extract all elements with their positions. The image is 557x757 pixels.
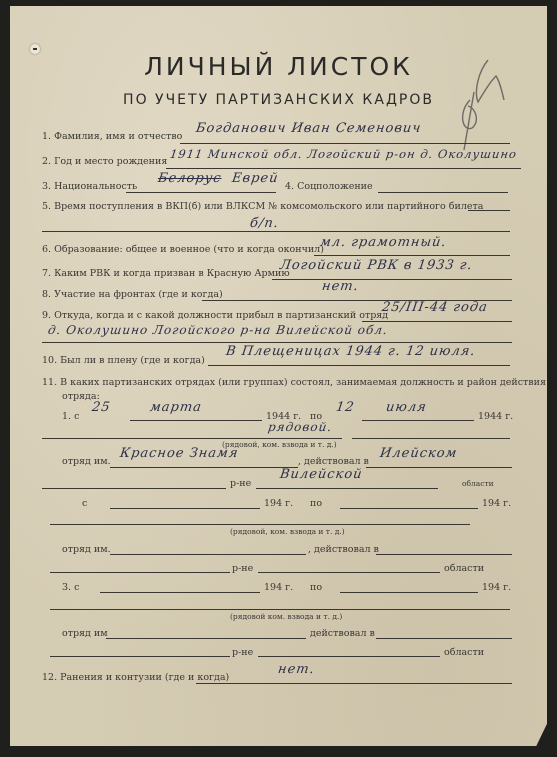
entry-3-rne-label: р-не — [232, 647, 253, 658]
field-10-value[interactable]: В Плещеницах 1944 г. 12 июля. — [225, 344, 477, 359]
field-5-value[interactable]: б/п. — [249, 216, 280, 231]
field-9-line-a — [362, 321, 512, 322]
field-8-value[interactable]: нет. — [321, 279, 360, 294]
field-3-struck-value: Белорус — [157, 171, 223, 186]
entry-3-oblast-line[interactable] — [258, 656, 440, 657]
field-3-value[interactable]: Еврей — [231, 171, 280, 186]
entry-2-oblast-label: области — [444, 563, 484, 574]
entry-1-position-line-2 — [352, 438, 510, 439]
entry-1-prefix: 1. с — [62, 411, 79, 422]
entry-2-dejstvoval-line[interactable] — [376, 554, 512, 555]
field-2-value[interactable]: 1911 Минской обл. Логойский р-он д. Окол… — [169, 147, 518, 161]
entry-1-month-to-line — [362, 420, 474, 421]
entry-3-prefix: 3. с — [62, 582, 79, 593]
entry-1-position[interactable]: рядовой. — [267, 420, 333, 434]
entry-1-oblast[interactable]: Вилейской — [279, 467, 364, 482]
field-7-value[interactable]: Логойский РВК в 1933 г. — [279, 258, 474, 273]
form-sheet: ЛИЧНЫЙ ЛИСТОК ПО УЧЕТУ ПАРТИЗАНСКИХ КАДР… — [10, 6, 547, 746]
entry-2-oblast-line[interactable] — [258, 572, 440, 573]
entry-2-date-to-line[interactable] — [340, 508, 478, 509]
entry-3-date-from-line[interactable] — [100, 592, 260, 593]
field-3-label: 3. Национальность — [42, 181, 137, 192]
field-7-line — [272, 279, 512, 280]
entry-2-otryad-label: отряд им. — [62, 544, 111, 555]
field-6-label: 6. Образование: общее и военное (что и к… — [42, 244, 324, 255]
entry-1-dejstvoval-line — [366, 467, 512, 468]
entry-2-dejstvoval-label: , действовал в — [308, 544, 379, 555]
field-5-line-b — [42, 231, 510, 232]
entry-3-position-hint: (рядовой ком. взвода и т. д.) — [230, 612, 342, 621]
entry-1-month-from[interactable]: марта — [149, 400, 203, 415]
field-10-label: 10. Был ли в плену (где и когда) — [42, 355, 205, 366]
entry-2-position-hint: (рядовой, ком. взвода и т. д.) — [230, 527, 345, 536]
entry-2-rne-label: р-не — [232, 563, 253, 574]
field-2-label: 2. Год и место рождения — [42, 156, 167, 167]
entry-1-position-line — [42, 438, 342, 439]
entry-2-date-from-line[interactable] — [110, 508, 260, 509]
field-9-label: 9. Откуда, когда и с какой должности при… — [42, 310, 388, 321]
entry-3-oblast-label: области — [444, 647, 484, 658]
entry-1-month-to[interactable]: июля — [385, 400, 428, 415]
entry-1-dejstvoval[interactable]: Илейском — [379, 446, 458, 461]
entry-1-year-to: 1944 г. — [478, 411, 513, 422]
entry-2-year-from: 194 г. — [264, 498, 293, 509]
entry-2-otryad-line[interactable] — [110, 554, 306, 555]
entry-2-year-to: 194 г. — [482, 498, 511, 509]
field-2-line — [166, 168, 521, 169]
field-9-line-b — [42, 342, 512, 343]
field-5-line-a — [468, 210, 510, 211]
field-10-line — [208, 365, 510, 366]
entry-1-otryad-label: отряд им. — [62, 456, 111, 467]
field-4-label: 4. Соцположение — [285, 181, 373, 192]
pencil-archive-mark-icon — [448, 52, 508, 152]
entry-3-year-from: 194 г. — [264, 582, 293, 593]
entry-3-dejstvoval-line[interactable] — [376, 638, 512, 639]
field-12-line — [196, 683, 512, 684]
field-9-value-2[interactable]: д. Околушино Логойского р-на Вилейской о… — [47, 323, 389, 337]
field-1-value[interactable]: Богданович Иван Семенович — [195, 121, 422, 136]
entry-1-oblast-line — [256, 488, 438, 489]
field-12-value[interactable]: нет. — [277, 662, 316, 677]
field-6-value[interactable]: мл. грамотный. — [319, 235, 448, 250]
field-4-line[interactable] — [378, 192, 508, 193]
field-1-label: 1. Фамилия, имя и отчество — [42, 131, 182, 142]
entry-2-prefix: с — [82, 498, 87, 509]
entry-2-po: по — [310, 498, 322, 509]
entry-3-year-to: 194 г. — [482, 582, 511, 593]
entry-1-otryad-line — [110, 467, 298, 468]
field-9-value[interactable]: 25/III-44 года — [381, 300, 489, 315]
entry-3-po: по — [310, 582, 322, 593]
field-7-label: 7. Каким РВК и когда призван в Красную А… — [42, 268, 290, 279]
entry-1-otryad[interactable]: Красное Знамя — [119, 446, 240, 461]
field-1-line — [180, 143, 510, 144]
entry-1-region-line — [42, 488, 226, 489]
field-5-label: 5. Время поступления в ВКП(б) или ВЛКСМ … — [42, 201, 483, 212]
entry-3-position-line[interactable] — [50, 609, 510, 610]
entry-3-region-line[interactable] — [50, 656, 230, 657]
entry-3-otryad-line[interactable] — [106, 638, 306, 639]
entry-1-rne-label: р-не — [230, 478, 251, 489]
field-8-label: 8. Участие на фронтах (где и когда) — [42, 289, 223, 300]
field-3-line — [126, 192, 276, 193]
field-11-label: 11. В каких партизанских отрядах (или гр… — [42, 377, 546, 388]
entry-1-day-from[interactable]: 25 — [91, 400, 112, 415]
entry-1-day-to[interactable]: 12 — [335, 400, 356, 415]
entry-2-region-line[interactable] — [50, 572, 230, 573]
entry-1-dejstvoval-label: , действовал в — [298, 456, 369, 467]
entry-1-oblast-label: области — [462, 479, 494, 488]
entry-3-date-to-line[interactable] — [340, 592, 478, 593]
field-6-line — [314, 255, 510, 256]
entry-2-position-line[interactable] — [50, 524, 470, 525]
entry-3-otryad-label: отряд им — [62, 628, 108, 639]
field-12-label: 12. Ранения и контузии (где и когда) — [42, 672, 229, 683]
entry-1-month-from-line — [130, 420, 262, 421]
entry-3-dejstvoval-label: действовал в — [310, 628, 375, 639]
